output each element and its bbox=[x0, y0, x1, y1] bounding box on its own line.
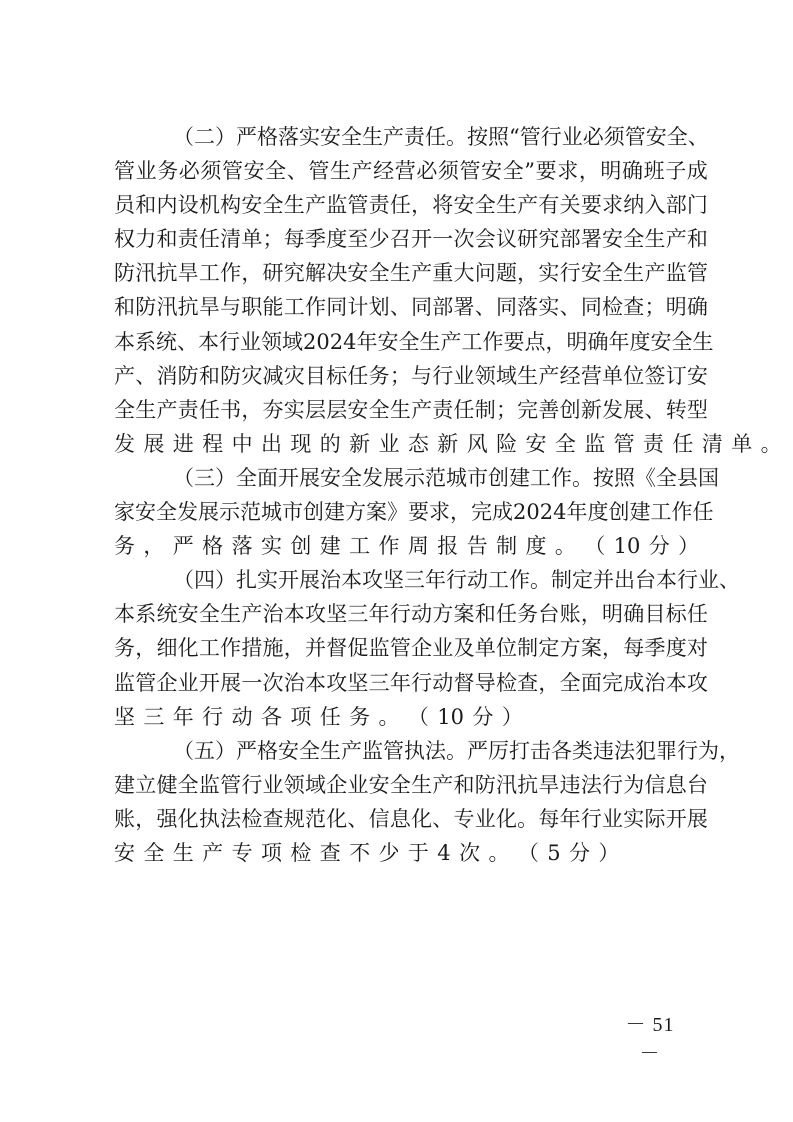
text-line: 本系统、本行业领域2024年安全生产工作要点，明确年度安全生 bbox=[114, 325, 708, 359]
paragraph-section-4: （四）扎实开展治本攻坚三年行动工作。制定并出台本行业、本系统安全生产治本攻坚三年… bbox=[114, 563, 708, 733]
text-line: 建立健全监管行业领域企业安全生产和防汛抗旱违法行为信息台 bbox=[114, 768, 708, 802]
text-line: 账，强化执法检查规范化、信息化、专业化。每年行业实际开展 bbox=[114, 802, 708, 836]
text-line: （三）全面开展安全发展示范城市创建工作。按照《全县国 bbox=[114, 461, 708, 495]
text-line: （二）严格落实安全生产责任。按照“管行业必须管安全、 bbox=[114, 120, 708, 154]
text-line: 家安全发展示范城市创建方案》要求，完成2024年度创建工作任 bbox=[114, 495, 708, 529]
paragraph-section-3: （三）全面开展安全发展示范城市创建工作。按照《全县国家安全发展示范城市创建方案》… bbox=[114, 461, 708, 563]
text-line: 坚三年行动各项任务。（10分） bbox=[114, 700, 708, 734]
text-line: 务，细化工作措施，并督促监管企业及单位制定方案，每季度对 bbox=[114, 631, 708, 665]
text-line: 管业务必须管安全、管生产经营必须管安全”要求，明确班子成 bbox=[114, 154, 708, 188]
text-line: 防汛抗旱工作，研究解决安全生产重大问题，实行安全生产监管 bbox=[114, 256, 708, 290]
page-number: － 51 － bbox=[620, 1008, 680, 1066]
text-line: 发展进程中出现的新业态新风险安全监管责任清单。（10分） bbox=[114, 427, 708, 461]
text-line: 和防汛抗旱与职能工作同计划、同部署、同落实、同检查；明确 bbox=[114, 290, 708, 324]
paragraph-section-5: （五）严格安全生产监管执法。严厉打击各类违法犯罪行为，建立健全监管行业领域企业安… bbox=[114, 734, 708, 870]
text-line: （四）扎实开展治本攻坚三年行动工作。制定并出台本行业、 bbox=[114, 563, 708, 597]
text-line: 本系统安全生产治本攻坚三年行动方案和任务台账，明确目标任 bbox=[114, 597, 708, 631]
text-line: 监管企业开展一次治本攻坚三年行动督导检查，全面完成治本攻 bbox=[114, 666, 708, 700]
text-line: 全生产责任书，夯实层层安全生产责任制；完善创新发展、转型 bbox=[114, 393, 708, 427]
text-line: 安全生产专项检查不少于4次。（5分） bbox=[114, 836, 708, 870]
text-line: （五）严格安全生产监管执法。严厉打击各类违法犯罪行为， bbox=[114, 734, 708, 768]
paragraph-section-2: （二）严格落实安全生产责任。按照“管行业必须管安全、管业务必须管安全、管生产经营… bbox=[114, 120, 708, 461]
text-line: 产、消防和防灾减灾目标任务；与行业领域生产经营单位签订安 bbox=[114, 359, 708, 393]
text-line: 权力和责任清单；每季度至少召开一次会议研究部署安全生产和 bbox=[114, 222, 708, 256]
document-page: （二）严格落实安全生产责任。按照“管行业必须管安全、管业务必须管安全、管生产经营… bbox=[114, 120, 708, 870]
text-line: 员和内设机构安全生产监管责任，将安全生产有关要求纳入部门 bbox=[114, 188, 708, 222]
text-line: 务，严格落实创建工作周报告制度。（10分） bbox=[114, 529, 708, 563]
